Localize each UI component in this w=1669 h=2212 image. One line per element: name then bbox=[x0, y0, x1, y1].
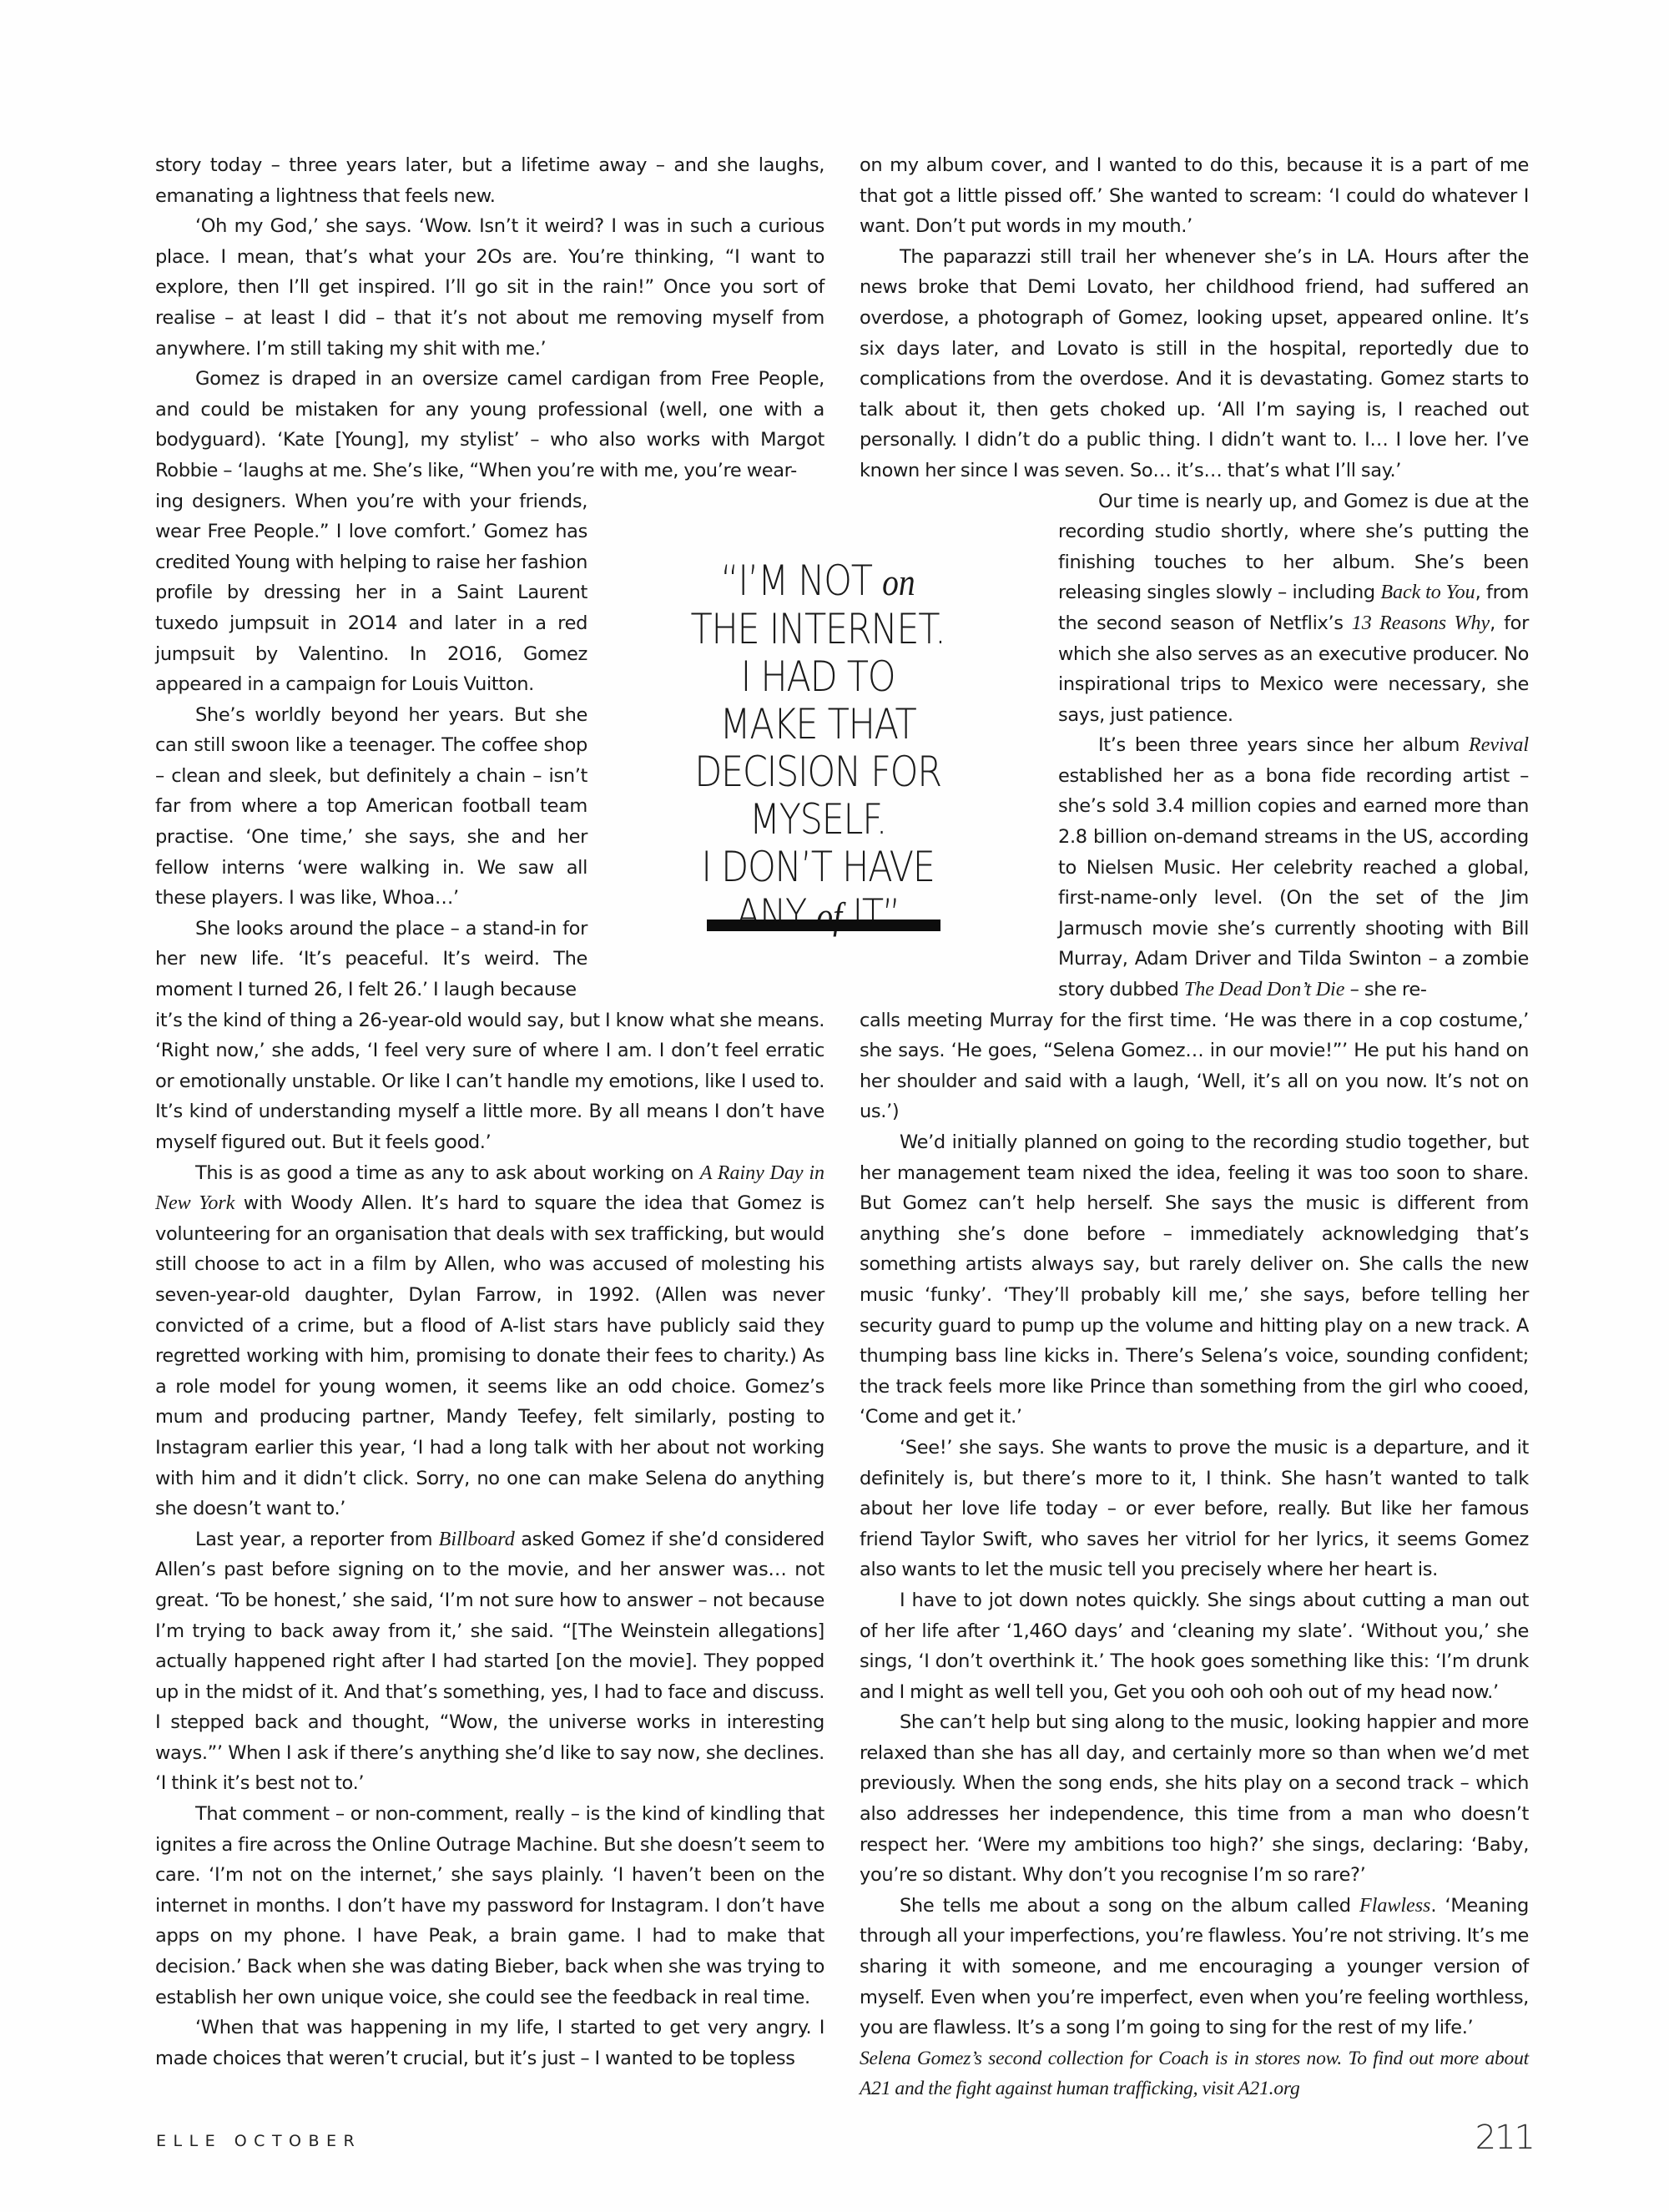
paragraph: story today – three years later, but a l… bbox=[155, 150, 824, 211]
magazine-page: story today – three years later, but a l… bbox=[0, 0, 1669, 2212]
paragraph: This is as good a time as any to ask abo… bbox=[155, 1158, 824, 1524]
text: ANY bbox=[736, 890, 816, 939]
paragraph: it’s the kind of thing a 26-year-old wou… bbox=[155, 1005, 824, 1158]
paragraph: ‘When that was happening in my life, I s… bbox=[155, 2013, 824, 2073]
text: She tells me about a song on the album c… bbox=[900, 1895, 1359, 1917]
paragraph: She tells me about a song on the album c… bbox=[860, 1891, 1529, 2043]
film-title: The Dead Don’t Die bbox=[1184, 979, 1344, 1000]
page-number: 211 bbox=[1475, 2119, 1534, 2157]
paragraph: Last year, a reporter from Billboard ask… bbox=[155, 1524, 824, 1799]
text: This is as good a time as any to ask abo… bbox=[195, 1162, 700, 1184]
paragraph: She’s worldly beyond her years. But she … bbox=[155, 700, 587, 914]
paragraph: Our time is nearly up, and Gomez is due … bbox=[1058, 486, 1529, 731]
song-title: Flawless bbox=[1359, 1895, 1430, 1917]
text: Last year, a reporter from bbox=[195, 1529, 439, 1550]
paragraph: ing designers. When you’re with your fri… bbox=[155, 486, 587, 700]
album-title: Revival bbox=[1469, 734, 1529, 756]
text: asked Gomez if she’d considered Allen’s … bbox=[155, 1529, 824, 1795]
text-wrap-around-quote: Our time is nearly up, and Gomez is due … bbox=[1058, 486, 1529, 1005]
publication-title: Billboard bbox=[439, 1529, 515, 1550]
text: “I’M NOT bbox=[720, 557, 882, 605]
magazine-footer-label: ELLE OCTOBER bbox=[156, 2132, 361, 2150]
song-title: Back to You bbox=[1380, 582, 1475, 603]
text: with Woody Allen. It’s hard to square th… bbox=[155, 1192, 824, 1519]
paragraph: ‘Oh my God,’ she says. ‘Wow. Isn’t it we… bbox=[155, 211, 824, 364]
paragraph: on my album cover, and I wanted to do th… bbox=[860, 150, 1529, 242]
paragraph: She can’t help but sing along to the mus… bbox=[860, 1707, 1529, 1891]
paragraph: It’s been three years since her album Re… bbox=[1058, 730, 1529, 1005]
paragraph: We’d initially planned on going to the r… bbox=[860, 1127, 1529, 1433]
paragraph: The paparazzi still trail her whenever s… bbox=[860, 242, 1529, 486]
paragraph: That comment – or non-comment, really – … bbox=[155, 1799, 824, 2013]
text: – she re- bbox=[1344, 979, 1426, 1000]
text-wrap-around-quote: ing designers. When you’re with your fri… bbox=[155, 486, 587, 1005]
paragraph: I have to jot down notes quickly. She si… bbox=[860, 1585, 1529, 1707]
paragraph: calls meeting Murray for the first time.… bbox=[860, 1005, 1529, 1127]
right-column: on my album cover, and I wanted to do th… bbox=[860, 150, 1529, 2104]
left-column: story today – three years later, but a l… bbox=[155, 150, 824, 2073]
show-title: 13 Reasons Why bbox=[1352, 612, 1490, 634]
paragraph: Gomez is draped in an oversize camel car… bbox=[155, 364, 824, 486]
text: It’s been three years since her album bbox=[1098, 734, 1469, 756]
article-credit: Selena Gomez’s second collection for Coa… bbox=[860, 2043, 1529, 2104]
paragraph: She looks around the place – a stand-in … bbox=[155, 914, 587, 1005]
text: established her as a bona fide recording… bbox=[1058, 765, 1529, 1000]
paragraph: ‘See!’ she says. She wants to prove the … bbox=[860, 1433, 1529, 1585]
